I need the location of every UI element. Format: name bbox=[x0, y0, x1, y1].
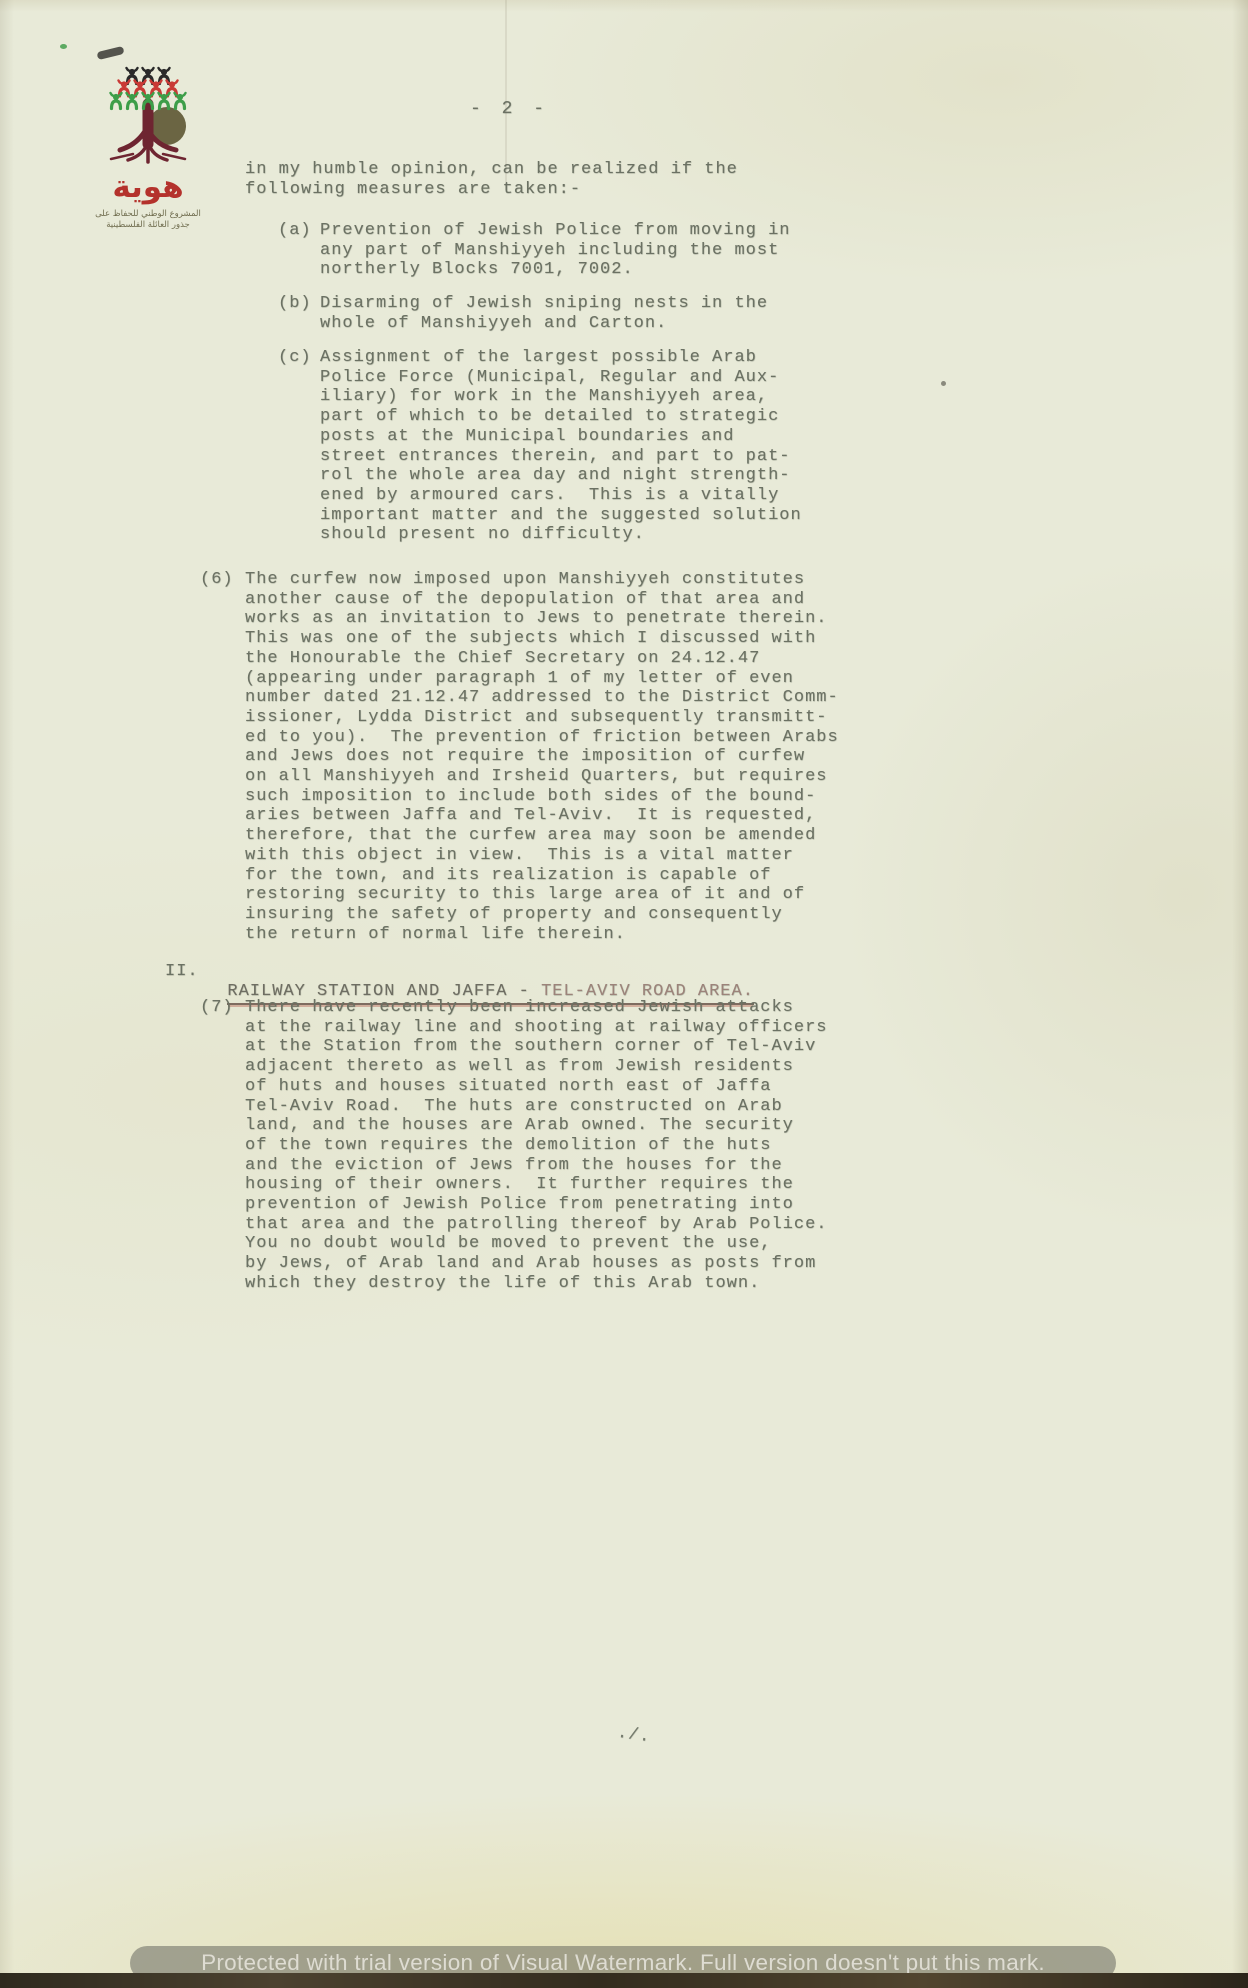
logo: هوية المشروع الوطني للحفاظ على جذور العا… bbox=[86, 64, 210, 231]
paper-speck bbox=[941, 381, 946, 386]
item-b-text: Disarming of Jewish sniping nests in the… bbox=[320, 294, 768, 333]
item-c-label: (c) bbox=[278, 348, 312, 368]
intro-paragraph: in my humble opinion, can be realized if… bbox=[245, 160, 738, 199]
item-a-label: (a) bbox=[278, 221, 312, 241]
item-7-label: (7) bbox=[200, 998, 234, 1018]
scan-bottom-edge bbox=[0, 1973, 1248, 1988]
item-6-text: The curfew now imposed upon Manshiyyeh c… bbox=[245, 570, 839, 944]
people-crown bbox=[111, 68, 186, 109]
item-7-text: There have recently been increased Jewis… bbox=[245, 998, 828, 1294]
section-2-numeral: II. bbox=[165, 962, 199, 982]
item-a-text: Prevention of Jewish Police from moving … bbox=[320, 221, 790, 280]
tree-of-people-logo-icon bbox=[92, 64, 204, 168]
item-6-label: (6) bbox=[200, 570, 234, 590]
item-c-text: Assignment of the largest possible Arab … bbox=[320, 348, 802, 545]
item-b-label: (b) bbox=[278, 294, 312, 314]
logo-arabic-title: هوية bbox=[86, 170, 210, 204]
logo-arabic-subtitle: المشروع الوطني للحفاظ على جذور العائلة ا… bbox=[86, 209, 210, 231]
paper-speck bbox=[60, 44, 67, 49]
logo-subtitle-line2: جذور العائلة الفلسطينية bbox=[86, 220, 210, 231]
page-number: - 2 - bbox=[470, 100, 549, 120]
logo-subtitle-line1: المشروع الوطني للحفاظ على bbox=[86, 209, 210, 220]
